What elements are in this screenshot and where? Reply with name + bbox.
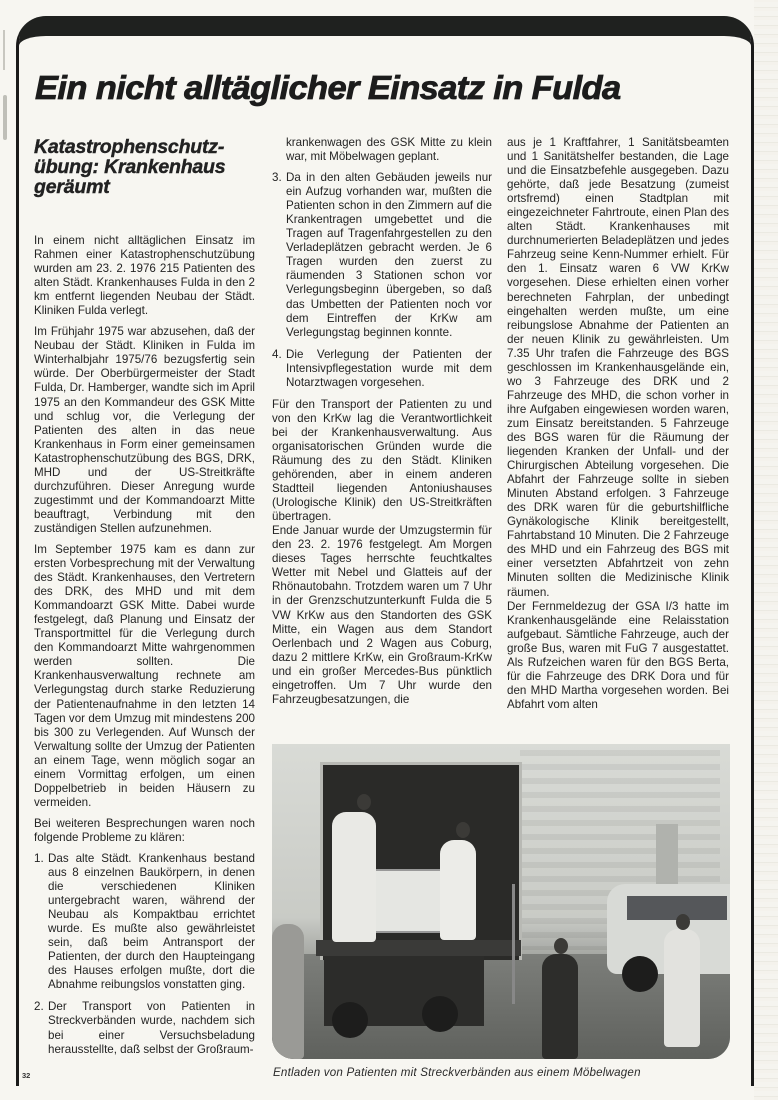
paragraph: Im Frühjahr 1975 war abzusehen, daß der …	[34, 325, 255, 536]
list-number: 2.	[34, 1000, 48, 1056]
photo-wheel	[622, 956, 658, 992]
list-item: 4. Die Verlegung der Patienten der Inten…	[272, 348, 492, 390]
paragraph: Im September 1975 kam es dann zur ersten…	[34, 543, 255, 810]
text-column-1: In einem nicht alltäglichen Einsatz im R…	[34, 234, 255, 1065]
photo-truck-lift	[316, 940, 521, 956]
scan-edge-texture	[754, 0, 778, 1100]
photo-person-dark-coat	[542, 954, 578, 1059]
page-number: 32	[22, 1071, 30, 1080]
photo-person-white-coat	[440, 840, 476, 940]
text-column-3: aus je 1 Kraftfahrer, 1 Sanitätsbeamten …	[507, 136, 729, 719]
list-number: 4.	[272, 348, 286, 390]
photo-person-white-coat	[332, 812, 376, 942]
photo-pole	[512, 884, 515, 1004]
list-text: Da in den alten Gebäuden jeweils nur ein…	[286, 171, 492, 340]
paragraph: Bei weiteren Besprechungen waren noch fo…	[34, 817, 255, 845]
photo-caption: Entladen von Patienten mit Streckverbänd…	[273, 1066, 641, 1079]
photo-person-left	[272, 924, 304, 1059]
list-item: 1. Das alte Städt. Krankenhaus bestand a…	[34, 852, 255, 992]
photo-person-head	[676, 914, 690, 930]
photo-person-walking	[664, 929, 700, 1047]
photo-person-head	[357, 794, 371, 810]
list-text: Das alte Städt. Krankenhaus bestand aus …	[48, 852, 255, 992]
paragraph: In einem nicht alltäglichen Einsatz im R…	[34, 234, 255, 318]
photo-person-head	[554, 938, 568, 954]
photo-wheel	[422, 996, 458, 1032]
list-number: 1.	[34, 852, 48, 992]
photo-wheel	[332, 1002, 368, 1038]
list-text: Die Verlegung der Patienten der Intensiv…	[286, 348, 492, 390]
photo-person-head	[456, 822, 470, 838]
list-text: Der Transport von Patienten in Streckver…	[48, 1000, 255, 1056]
paragraph: Für den Transport der Patienten zu und v…	[272, 398, 492, 524]
article-title: Ein nicht alltäglicher Einsatz in Fulda	[35, 70, 621, 108]
list-number: 3.	[272, 171, 286, 340]
article-photo	[272, 744, 730, 1059]
paragraph: aus je 1 Kraftfahrer, 1 Sanitätsbeamten …	[507, 136, 729, 600]
scan-mark	[3, 30, 5, 70]
scan-mark	[3, 95, 7, 140]
paragraph: krankenwagen des GSK Mitte zu klein war,…	[272, 136, 492, 164]
paragraph: Der Fernmeldezug der GSA I/3 hatte im Kr…	[507, 600, 729, 712]
list-item: 3. Da in den alten Gebäuden jeweils nur …	[272, 171, 492, 340]
paragraph: Ende Januar wurde der Umzugstermin für d…	[272, 524, 492, 707]
text-column-2: krankenwagen des GSK Mitte zu klein war,…	[272, 136, 492, 714]
list-item: 2. Der Transport von Patienten in Streck…	[34, 1000, 255, 1056]
article-subhead: Katastrophenschutz-übung: Krankenhaus ge…	[34, 137, 264, 197]
